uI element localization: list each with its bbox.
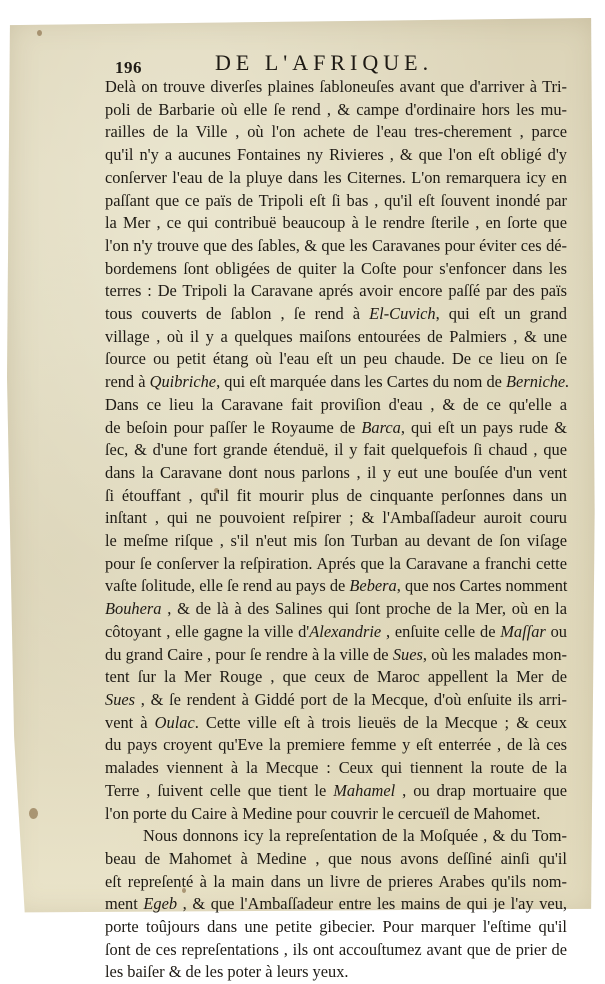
text-segment: du pays croyent qu'Eve la premiere femme…: [105, 735, 567, 754]
text-segment: inſtant , qui ne pouvoient reſpirer ; & …: [105, 508, 567, 527]
text-line: Terre , ſuivent celle que tient le Maham…: [105, 780, 567, 803]
text-line: Dans ce lieu la Caravane fait proviſion …: [105, 394, 567, 417]
text-line: le meſme riſque , s'il n'eut mis ſon Tur…: [105, 530, 567, 553]
text-line: paſſant que ce païs de Tripoli eſt ſi ba…: [105, 190, 567, 213]
text-segment: terres : De Tripoli la Caravane aprés av…: [105, 281, 567, 300]
text-segment: village , où il y a quelques maiſons ent…: [105, 327, 567, 346]
text-segment: malades viennent à la Mecque : Ceux qui …: [105, 758, 567, 777]
text-line: ment Egeb , & que l'Ambaſſadeur entre le…: [105, 893, 567, 916]
place-name: Barca: [361, 418, 400, 437]
text-line: railles de la Ville , où l'on achete de …: [105, 121, 567, 144]
text-segment: , & de là à des Salines qui ſont proche …: [161, 599, 567, 618]
text-segment: vaſte ſolitude, elle ſe rend au pays de: [105, 576, 349, 595]
text-segment: la Mer , ce qui contribuë beaucoup à le …: [105, 213, 567, 232]
text-segment: paſſant que ce païs de Tripoli eſt ſi ba…: [105, 191, 567, 210]
text-segment: tent ſur la Mer Rouge , que ceux de Maro…: [105, 667, 567, 686]
text-line: la Mer , ce qui contribuë beaucoup à le …: [105, 212, 567, 235]
page-text: 196 DE L'AFRIQUE. Delà on trouve diverſe…: [105, 50, 567, 929]
text-segment: du grand Caire , pour ſe rendre à la vil…: [105, 645, 393, 664]
text-segment: Terre , ſuivent celle que tient le: [105, 781, 333, 800]
text-line: qu'il n'y a aucunes Fontaines ny Riviere…: [105, 144, 567, 167]
text-line: beau de Mahomet à Medine , que nous avon…: [105, 848, 567, 871]
text-segment: l'on n'y trouve que des ſables, & que le…: [105, 236, 567, 255]
text-line: eſt repreſenté à la main dans un livre d…: [105, 871, 567, 894]
text-segment: ſource ou petit étang où l'eau eſt un pe…: [105, 349, 567, 368]
text-line: du grand Caire , pour ſe rendre à la vil…: [105, 644, 567, 667]
text-line: conſerver l'eau de la pluye dans les Cit…: [105, 167, 567, 190]
place-name: Bebera: [349, 576, 396, 595]
text-line: pour ſe conſerver la reſpiration. Aprés …: [105, 553, 567, 576]
place-name: Mahamel: [333, 781, 395, 800]
text-segment: côtoyant , elle gagne la ville d': [105, 622, 309, 641]
text-line: ſource ou petit étang où l'eau eſt un pe…: [105, 348, 567, 371]
page-number: 196: [115, 58, 142, 78]
place-name: Maſſar: [500, 622, 546, 641]
text-segment: poli de Barbarie où elle ſe rend , & cam…: [105, 100, 567, 119]
text-line: porte toûjours dans une petite gibecier.…: [105, 916, 567, 929]
text-line: Delà on trouve diverſes plaines ſabloneu…: [105, 76, 567, 99]
text-segment: tous couverts de ſablon , ſe rend à: [105, 304, 369, 323]
text-line: inſtant , qui ne pouvoient reſpirer ; & …: [105, 507, 567, 530]
text-segment: railles de la Ville , où l'on achete de …: [105, 122, 567, 141]
place-name: Quibriche: [150, 372, 216, 391]
place-name: Bouhera: [105, 599, 161, 618]
text-segment: , qui eſt un pays rude &: [401, 418, 567, 437]
text-line: du pays croyent qu'Eve la premiere femme…: [105, 734, 567, 757]
place-name: Berniche.: [506, 372, 569, 391]
text-line: malades viennent à la Mecque : Ceux qui …: [105, 757, 567, 780]
text-segment: Dans ce lieu la Caravane fait proviſion …: [105, 395, 567, 414]
text-segment: conſerver l'eau de la pluye dans les Cit…: [105, 168, 567, 187]
text-segment: ment: [105, 894, 143, 913]
text-segment: , enſuite celle de: [381, 622, 500, 641]
text-segment: ſec, & d'une fort grande étenduë, il y f…: [105, 440, 567, 459]
text-segment: , que nos Cartes nomment: [397, 576, 568, 595]
text-line: terres : De Tripoli la Caravane aprés av…: [105, 280, 567, 303]
text-segment: l'on porte du Caire à Medine pour couvri…: [105, 804, 540, 823]
text-segment: de beſoin pour paſſer le Royaume de: [105, 418, 361, 437]
text-segment: rend à: [105, 372, 150, 391]
text-segment: le meſme riſque , s'il n'eut mis ſon Tur…: [105, 531, 567, 550]
text-segment: pour ſe conſerver la reſpiration. Aprés …: [105, 554, 567, 573]
text-line: l'on n'y trouve que des ſables, & que le…: [105, 235, 567, 258]
place-name: Egeb: [143, 894, 177, 913]
place-name: Sues: [393, 645, 423, 664]
text-segment: Delà on trouve diverſes plaines ſabloneu…: [105, 77, 567, 96]
text-segment: , qui eſt un grand: [436, 304, 567, 323]
text-segment: , ou drap mortuaire que: [395, 781, 567, 800]
text-segment: porte toûjours dans une petite gibecier.…: [105, 917, 567, 929]
text-line: rend à Quibriche, qui eſt marquée dans l…: [105, 371, 567, 394]
text-line: vent à Oulac. Cette ville eſt à trois li…: [105, 712, 567, 735]
text-segment: , où les malades mon-: [423, 645, 567, 664]
text-line: poli de Barbarie où elle ſe rend , & cam…: [105, 99, 567, 122]
text-segment: , & que l'Ambaſſadeur entre les mains de…: [177, 894, 567, 913]
place-name: Sues: [105, 690, 135, 709]
text-line: Bouhera , & de là à des Salines qui ſont…: [105, 598, 567, 621]
text-line: Sues , & ſe rendent à Giddé port de la M…: [105, 689, 567, 712]
text-line: ſec, & d'une fort grande étenduë, il y f…: [105, 439, 567, 462]
place-name: Oulac: [155, 713, 195, 732]
text-line: dans la Caravane dont nous parlons , il …: [105, 462, 567, 485]
text-line: l'on porte du Caire à Medine pour couvri…: [105, 803, 567, 826]
text-line: de beſoin pour paſſer le Royaume de Barc…: [105, 417, 567, 440]
ink-stain: [29, 808, 38, 819]
text-segment: dans la Caravane dont nous parlons , il …: [105, 463, 567, 482]
text-segment: beau de Mahomet à Medine , que nous avon…: [105, 849, 567, 868]
text-segment: bordemens ſont obligées de quiter la Coſ…: [105, 259, 567, 278]
text-segment: eſt repreſenté à la main dans un livre d…: [105, 872, 567, 891]
text-segment: . Cette ville eſt à trois lieuës de la M…: [195, 713, 567, 732]
text-line: côtoyant , elle gagne la ville d'Alexand…: [105, 621, 567, 644]
text-line: bordemens ſont obligées de quiter la Coſ…: [105, 258, 567, 281]
running-title: DE L'AFRIQUE.: [215, 50, 433, 76]
place-name: Alexandrie: [309, 622, 381, 641]
text-line: tous couverts de ſablon , ſe rend à El-C…: [105, 303, 567, 326]
text-segment: , & ſe rendent à Giddé port de la Mecque…: [135, 690, 567, 709]
text-line: vaſte ſolitude, elle ſe rend au pays de …: [105, 575, 567, 598]
page-header: 196 DE L'AFRIQUE.: [105, 50, 567, 76]
text-segment: qu'il n'y a aucunes Fontaines ny Riviere…: [105, 145, 567, 164]
text-line: Nous donnons icy la repreſentation de la…: [105, 825, 567, 848]
text-segment: , qui eſt marquée dans les Cartes du nom…: [216, 372, 506, 391]
text-line: ſi étouffant , qu'il fit mourir plus de …: [105, 485, 567, 508]
body-text: Delà on trouve diverſes plaines ſabloneu…: [105, 76, 567, 929]
text-segment: Nous donnons icy la repreſentation de la…: [143, 826, 567, 845]
text-segment: ſi étouffant , qu'il fit mourir plus de …: [105, 486, 567, 505]
place-name: El-Cuvich: [369, 304, 435, 323]
text-line: tent ſur la Mer Rouge , que ceux de Maro…: [105, 666, 567, 689]
ink-stain: [37, 30, 42, 36]
text-line: village , où il y a quelques maiſons ent…: [105, 326, 567, 349]
text-segment: ou: [546, 622, 567, 641]
text-segment: vent à: [105, 713, 155, 732]
